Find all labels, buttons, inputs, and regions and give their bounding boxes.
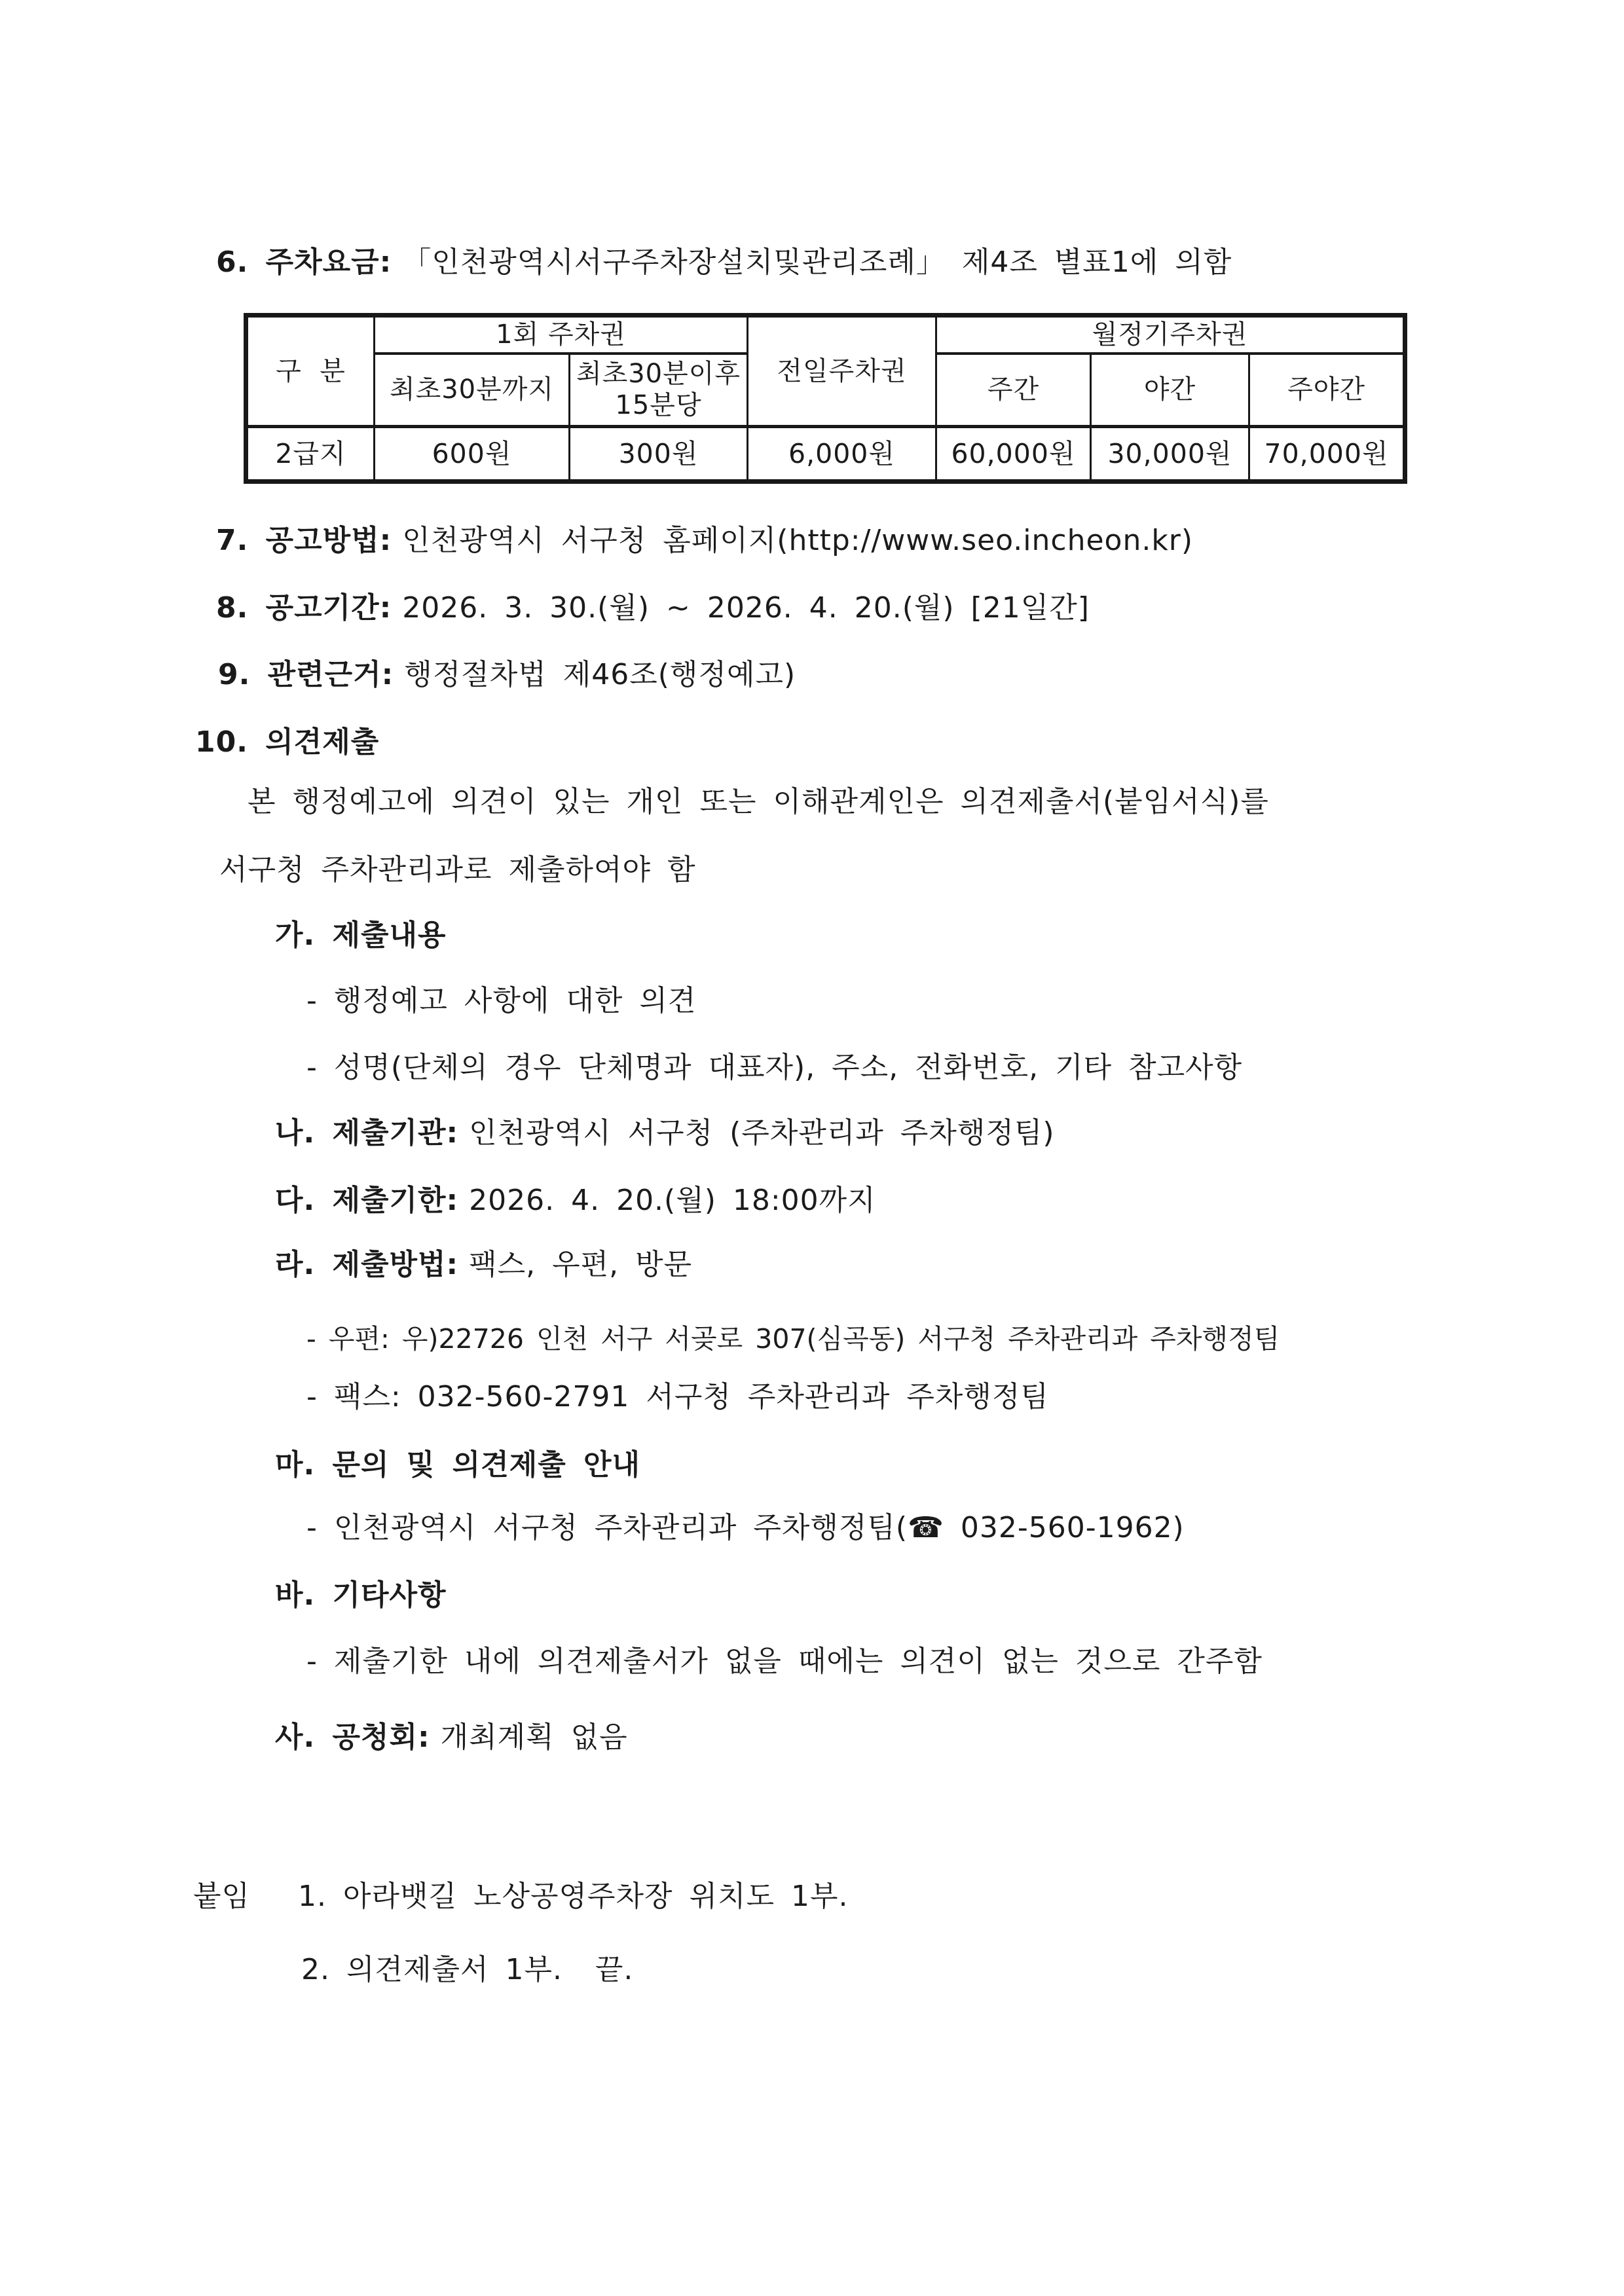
- item-notice-method-text: 인천광역시 서구청 홈페이지(http://www.seo.incheon.kr…: [402, 524, 1193, 557]
- fee-cell-full-day: 6,000원: [748, 427, 936, 482]
- fee-header-category: 구 분: [246, 316, 375, 427]
- subitem-da-text: 2026. 4. 20.(월) 18:00까지: [469, 1184, 876, 1217]
- subitem-na-text: 인천광역시 서구청 (주차관리과 주차행정팀): [469, 1116, 1054, 1150]
- subitem-ma: 마. 문의 및 의견제출 안내: [275, 1446, 640, 1484]
- subitem-ma-contact: - 인천광역시 서구청 주차관리과 주차행정팀(☎ 032-560-1962): [306, 1509, 1185, 1547]
- subitem-ma-contact-before: - 인천광역시 서구청 주차관리과 주차행정팀(: [306, 1511, 908, 1544]
- subitem-ba-label: 바. 기타사항: [275, 1578, 447, 1612]
- phone-icon: ☎: [908, 1511, 944, 1544]
- fee-header-daynight: 주야간: [1249, 354, 1405, 427]
- subitem-ga-dash2: - 성명(단체의 경우 단체명과 대표자), 주소, 전화번호, 기타 참고사항: [306, 1049, 1242, 1087]
- attachment-line-2: 2. 의견제출서 1부. 끝.: [301, 1951, 633, 1989]
- fee-header-monthly: 월정기주차권: [936, 316, 1405, 354]
- subitem-ma-contact-after: 032-560-1962): [944, 1511, 1185, 1544]
- item-opinion-submission-label: 10. 의견제출: [195, 725, 379, 759]
- subitem-ga-dash1: - 행정예고 사항에 대한 의견: [306, 982, 696, 1020]
- item-legal-basis: 9. 관련근거:행정절차법 제46조(행정예고): [218, 656, 796, 694]
- subitem-ra-dash-fax: - 팩스: 032-560-2791 서구청 주차관리과 주차행정팀: [306, 1378, 1049, 1416]
- document-page: 6. 주차요금:「인천광역시서구주차장설치및관리조례」 제4조 별표1에 의함 …: [0, 0, 1624, 2296]
- item-notice-method-label: 7. 공고방법:: [216, 524, 392, 557]
- subitem-ba: 바. 기타사항: [275, 1576, 447, 1614]
- item-opinion-submission: 10. 의견제출: [195, 723, 379, 761]
- fee-cell-night: 30,000원: [1091, 427, 1249, 482]
- fee-header-after30: 최초30분이후15분당: [570, 354, 748, 427]
- opinion-intro-line1: 본 행정예고에 의견이 있는 개인 또는 이해관계인은 의견제출서(붙임서식)를: [248, 783, 1269, 821]
- item-notice-period-label: 8. 공고기간:: [216, 591, 392, 625]
- subitem-sa-text: 개최계획 없음: [441, 1721, 628, 1754]
- subitem-da: 다. 제출기한:2026. 4. 20.(월) 18:00까지: [275, 1182, 876, 1220]
- item-parking-fee: 6. 주차요금:「인천광역시서구주차장설치및관리조례」 제4조 별표1에 의함: [216, 244, 1232, 282]
- subitem-ra-text: 팩스, 우편, 방문: [469, 1248, 692, 1281]
- item-parking-fee-label: 6. 주차요금:: [216, 246, 392, 279]
- subitem-ma-label: 마. 문의 및 의견제출 안내: [275, 1448, 640, 1482]
- item-notice-period-text: 2026. 3. 30.(월) ~ 2026. 4. 20.(월) [21일간]: [402, 591, 1090, 625]
- fee-table-row: 2급지 600원 300원 6,000원 60,000원 30,000원 70,…: [246, 427, 1405, 482]
- subitem-ra: 라. 제출방법:팩스, 우편, 방문: [275, 1246, 692, 1284]
- parking-fee-table: 구 분 1회 주차권 전일주차권 월정기주차권 최초30분까지 최초30분이후1…: [244, 313, 1407, 484]
- fee-cell-first30: 600원: [375, 427, 570, 482]
- subitem-sa-label: 사. 공청회:: [275, 1721, 430, 1754]
- subitem-ga-label: 가. 제출내용: [275, 919, 447, 952]
- subitem-na-label: 나. 제출기관:: [275, 1116, 458, 1150]
- item-legal-basis-label: 9. 관련근거:: [218, 658, 394, 691]
- fee-header-after30-line2: 15분당: [615, 390, 701, 420]
- attachments-label: 붙임: [193, 1878, 250, 1916]
- fee-header-after30-line1: 최초30분이후: [576, 359, 741, 389]
- fee-header-night: 야간: [1091, 354, 1249, 427]
- subitem-da-label: 다. 제출기한:: [275, 1184, 458, 1217]
- item-parking-fee-text: 「인천광역시서구주차장설치및관리조례」 제4조 별표1에 의함: [402, 246, 1232, 279]
- subitem-ga: 가. 제출내용: [275, 917, 447, 955]
- fee-cell-grade: 2급지: [246, 427, 375, 482]
- fee-header-day: 주간: [936, 354, 1091, 427]
- fee-header-one-time: 1회 주차권: [375, 316, 748, 354]
- fee-header-first30: 최초30분까지: [375, 354, 570, 427]
- subitem-ba-dash1: - 제출기한 내에 의견제출서가 없을 때에는 의견이 없는 것으로 간주함: [306, 1643, 1263, 1681]
- attachment-line-1: 1. 아라뱃길 노상공영주차장 위치도 1부.: [298, 1878, 848, 1916]
- subitem-ra-label: 라. 제출방법:: [275, 1248, 458, 1281]
- fee-cell-day: 60,000원: [936, 427, 1091, 482]
- fee-cell-after30: 300원: [570, 427, 748, 482]
- item-legal-basis-text: 행정절차법 제46조(행정예고): [404, 658, 796, 691]
- opinion-intro-line2: 서구청 주차관리과로 제출하여야 함: [219, 851, 696, 889]
- subitem-sa: 사. 공청회:개최계획 없음: [275, 1719, 628, 1757]
- subitem-ra-dash-mail: - 우편: 우)22726 인천 서구 서곶로 307(심곡동) 서구청 주차관…: [306, 1320, 1280, 1358]
- fee-header-full-day: 전일주차권: [748, 316, 936, 427]
- fee-cell-daynight: 70,000원: [1249, 427, 1405, 482]
- subitem-na: 나. 제출기관:인천광역시 서구청 (주차관리과 주차행정팀): [275, 1114, 1055, 1152]
- item-notice-period: 8. 공고기간:2026. 3. 30.(월) ~ 2026. 4. 20.(월…: [216, 589, 1090, 627]
- item-notice-method: 7. 공고방법:인천광역시 서구청 홈페이지(http://www.seo.in…: [216, 522, 1193, 560]
